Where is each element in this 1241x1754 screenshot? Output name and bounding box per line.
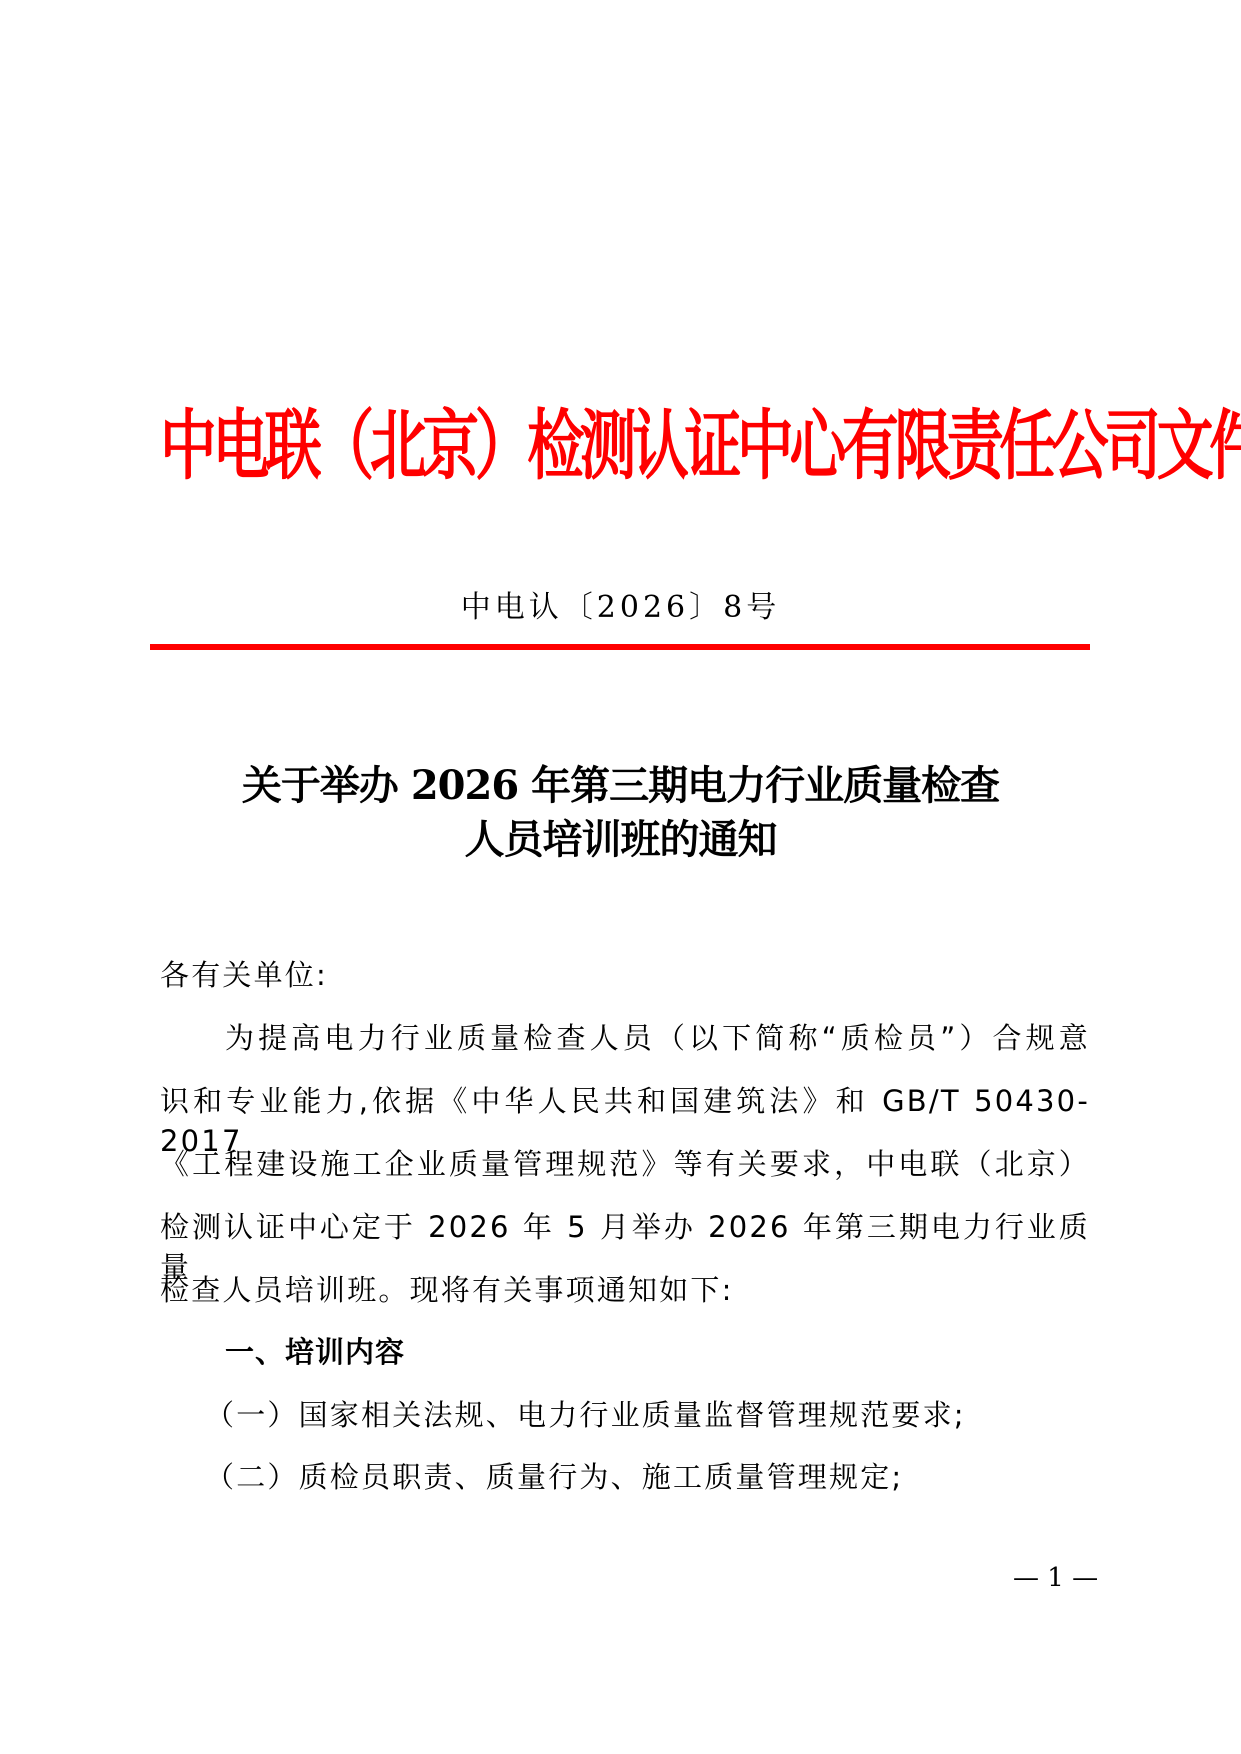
page-number: — 1 — <box>1013 1560 1098 1596</box>
section-item-1: （一）国家相关法规、电力行业质量监督管理规范要求; <box>205 1395 1135 1435</box>
section-heading-training-content: 一、培训内容 <box>225 1332 1155 1372</box>
intro-line-1: 为提高电力行业质量检查人员（以下简称“质检员”）合规意 <box>225 1018 1090 1058</box>
intro-line-3: 《工程建设施工企业质量管理规范》等有关要求，中电联（北京） <box>160 1144 1090 1184</box>
section-item-2: （二）质检员职责、质量行为、施工质量管理规定; <box>205 1457 1135 1497</box>
notice-title-line-1: 关于举办 2026 年第三期电力行业质量检查 <box>0 758 1241 814</box>
document-number: 中电认〔2026〕8号 <box>0 588 1241 628</box>
red-divider-rule <box>150 644 1090 650</box>
notice-title-line-2: 人员培训班的通知 <box>0 812 1241 868</box>
salutation: 各有关单位: <box>160 955 1090 995</box>
organization-header: 中电联（北京）检测认证中心有限责任公司文件 <box>160 395 1090 499</box>
intro-line-5: 检查人员培训班。现将有关事项通知如下: <box>160 1270 1090 1310</box>
